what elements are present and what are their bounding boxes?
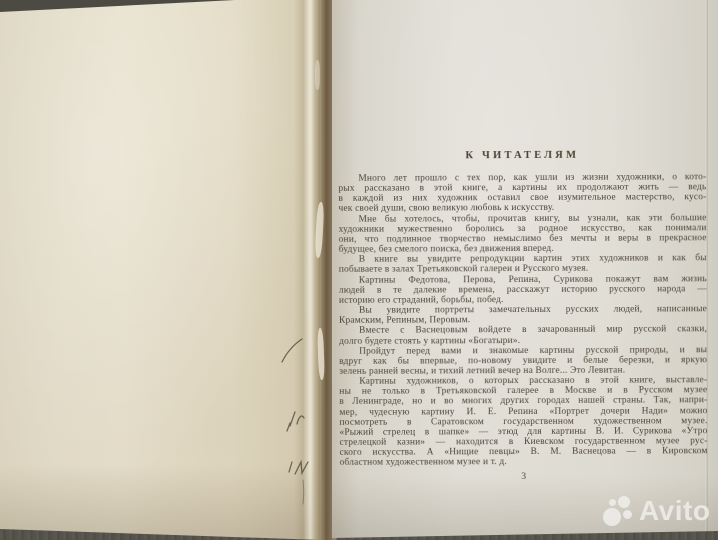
torn-paper-patch (317, 328, 325, 380)
right-text-page: К ЧИТАТЕЛЯМ Много лет прошло с тех пор, … (332, 0, 718, 540)
pencil-marks (276, 330, 318, 510)
torn-paper-patch (315, 202, 325, 258)
torn-paper-patch (315, 60, 320, 90)
left-blank-page (0, 0, 322, 540)
page-text: Много лет прошло с тех пор, как ушли из … (338, 172, 707, 468)
book-photo: К ЧИТАТЕЛЯМ Много лет прошло с тех пор, … (0, 0, 718, 540)
avito-watermark: Avito (603, 493, 718, 533)
avito-dots-icon (603, 496, 637, 528)
text-line: ского искусства. А «Нищие певцы» В. М. В… (340, 446, 708, 458)
text-line: Вместе с Васнецовым войдете в зачарованн… (339, 325, 707, 337)
text-line: областном художественном музее и т. д. (340, 457, 708, 469)
page-number: 3 (340, 471, 708, 483)
text-line: Вы увидите портреты замечательных русски… (339, 304, 707, 316)
watermark-text: Avito (639, 494, 710, 528)
page-title: К ЧИТАТЕЛЯМ (338, 149, 706, 163)
text-column: К ЧИТАТЕЛЯМ Много лет прошло с тех пор, … (338, 149, 707, 482)
text-line: людей в те далекие времена, расскажут ис… (339, 284, 707, 296)
